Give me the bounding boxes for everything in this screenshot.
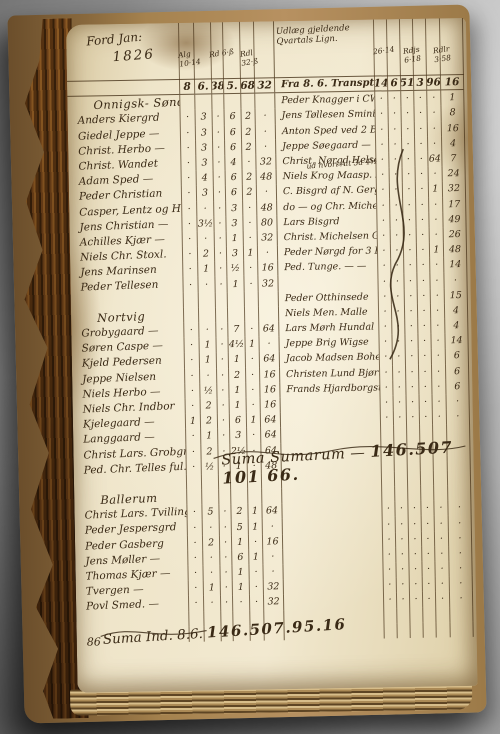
right-value-cell: · <box>434 561 448 576</box>
right-entry-cell: Peder Otthinsede <box>278 289 378 306</box>
right-value-cell: · <box>382 517 395 532</box>
right-value-cell <box>420 486 433 501</box>
right-value-cell: · <box>375 137 388 152</box>
left-value-cell: · <box>202 565 219 580</box>
left-value-cell: 1 <box>226 276 243 291</box>
right-value-cell: · <box>379 365 392 380</box>
left-value-cell: 32 <box>257 276 277 292</box>
left-value-cell: · <box>258 336 278 352</box>
left-value-cell: · <box>184 353 199 368</box>
right-value-cell: · <box>389 182 402 197</box>
right-value-cell: · <box>382 532 395 547</box>
right-entry-cell <box>280 395 380 412</box>
left-value-cell: 2 <box>200 398 217 413</box>
left-value-cell: · <box>180 125 195 140</box>
right-value-cell: · <box>433 501 447 516</box>
right-value-cell: 16 <box>440 74 464 90</box>
left-value-cell: 16 <box>262 534 282 550</box>
left-value-cell: · <box>202 520 219 535</box>
right-value-cell: · <box>394 501 407 516</box>
left-value-cell: 32 <box>255 154 275 170</box>
right-value-cell: · <box>449 591 473 607</box>
right-value-cell <box>422 607 435 622</box>
right-value-cell: · <box>431 364 445 379</box>
right-value-cell: · <box>429 258 443 273</box>
right-value-cell: · <box>431 349 445 364</box>
left-value-cell: · <box>242 215 256 230</box>
right-entry-cell <box>280 411 380 428</box>
left-value-cell: · <box>185 429 200 444</box>
right-value-cell: · <box>448 561 472 577</box>
right-value-cell: · <box>428 212 442 227</box>
right-entry-cell <box>277 274 377 291</box>
right-value-cell <box>433 485 447 500</box>
right-value-cell <box>422 622 435 637</box>
right-value-cell: · <box>419 395 432 410</box>
left-value-cell <box>227 291 244 306</box>
left-value-cell: 48 <box>256 200 276 216</box>
left-value-cell: 1 <box>232 580 249 595</box>
left-value-cell: 5 <box>201 505 218 520</box>
left-value-cell: 68 <box>240 78 254 93</box>
right-value-cell: · <box>400 106 413 121</box>
right-value-cell: · <box>387 91 400 106</box>
right-value-cell: · <box>432 409 446 424</box>
right-value-cell: · <box>390 228 403 243</box>
right-value-cell <box>383 608 396 623</box>
left-value-cell <box>230 474 247 489</box>
right-value-cell: · <box>429 273 443 288</box>
right-value-cell: · <box>408 531 421 546</box>
right-value-cell: 64 <box>427 151 441 166</box>
right-value-cell: · <box>426 91 440 106</box>
right-entry-cell <box>281 502 381 519</box>
right-value-cell: · <box>415 197 428 212</box>
right-value-cell: · <box>448 515 472 531</box>
left-value-cell: · <box>183 338 198 353</box>
right-value-cell: · <box>416 228 429 243</box>
right-entry-cell: Niels Krog Maasp. 23 <box>276 168 376 185</box>
left-value-cell: · <box>187 566 202 581</box>
left-value-cell: 3 <box>229 428 246 443</box>
right-entry-cell <box>283 593 383 610</box>
right-value-cell: 4 <box>444 318 468 334</box>
right-value-cell: · <box>391 304 404 319</box>
left-value-cell: · <box>202 550 219 565</box>
right-value-cell <box>433 470 447 485</box>
right-value-cell: 6 <box>445 348 469 364</box>
right-entry-cell: C. Bisgrd af N. Gerg <box>276 183 376 200</box>
right-value-cell <box>409 607 422 622</box>
right-value-cell: · <box>407 501 420 516</box>
left-value-cell: · <box>214 277 226 292</box>
left-value-cell <box>258 306 278 322</box>
right-value-cell: 4 <box>441 136 465 152</box>
left-value-cell: 1 <box>200 429 217 444</box>
right-value-cell: · <box>383 593 396 608</box>
left-value-cell <box>247 489 261 504</box>
right-value-cell: · <box>392 349 405 364</box>
left-value-cell: · <box>188 596 203 611</box>
right-value-cell: · <box>388 137 401 152</box>
left-value-cell: 2 <box>230 504 247 519</box>
left-value-cell: · <box>218 459 230 474</box>
left-value-cell <box>258 291 278 307</box>
left-value-cell <box>247 473 261 488</box>
left-value-cell: · <box>180 140 195 155</box>
left-value-cell: 64 <box>260 443 280 459</box>
left-value-cell: 1 <box>231 565 248 580</box>
left-value-cell <box>250 625 264 640</box>
left-value-cell: 2 <box>241 124 255 139</box>
left-value-cell: 7 <box>227 322 244 337</box>
right-value-cell: · <box>378 304 391 319</box>
left-value-cell: 6 <box>229 413 246 428</box>
left-value-cell: · <box>213 170 225 185</box>
left-value-cell: · <box>213 185 225 200</box>
right-value-cell <box>449 622 473 638</box>
left-value-cell: · <box>216 383 228 398</box>
right-entry-cell: Peder Nørgd for 3 R. <box>277 244 377 261</box>
left-value-cell: 64 <box>260 412 280 428</box>
left-value-cell: · <box>254 109 274 125</box>
left-value-cell: · <box>257 245 277 261</box>
right-value-cell: · <box>421 531 434 546</box>
right-value-cell: · <box>401 152 414 167</box>
right-value-cell: 3 <box>413 75 426 90</box>
right-value-cell: · <box>395 516 408 531</box>
right-value-cell: · <box>393 410 406 425</box>
left-value-cell: 3 <box>195 140 212 155</box>
right-value-cell: · <box>378 319 391 334</box>
left-value-cell: · <box>219 520 231 535</box>
right-value-cell: · <box>395 547 408 562</box>
right-value-cell: · <box>418 349 431 364</box>
left-value-cell: · <box>243 276 257 291</box>
left-value-cell <box>215 292 227 307</box>
left-value-cell: · <box>255 124 275 140</box>
right-value-cell <box>447 455 471 471</box>
left-value-cell: ½ <box>201 459 218 474</box>
left-value-cell: 6 <box>224 124 241 139</box>
left-value-cell: · <box>197 231 214 246</box>
right-value-cell: · <box>396 577 409 592</box>
left-value-cell: 3 <box>226 246 243 261</box>
right-value-cell: · <box>376 183 389 198</box>
right-value-cell: · <box>382 562 395 577</box>
left-value-cell: 64 <box>259 352 279 368</box>
right-value-cell: 1 <box>429 242 443 257</box>
left-value-cell: 2 <box>241 139 255 154</box>
left-value-cell: 1 <box>198 338 215 353</box>
left-value-cell: · <box>187 535 202 550</box>
left-value-cell: 38 <box>211 78 223 93</box>
left-value-cell: · <box>244 322 258 337</box>
left-value-cell: 6. <box>194 78 211 93</box>
right-value-cell: · <box>379 350 392 365</box>
right-entry-cell <box>280 441 380 458</box>
right-value-cell: · <box>376 198 389 213</box>
left-value-cell: · <box>180 110 195 125</box>
left-value-cell <box>183 307 198 322</box>
left-value-cell <box>179 95 194 110</box>
left-value-cell: 6 <box>224 140 241 155</box>
right-value-cell: · <box>449 576 473 592</box>
right-value-cell: · <box>434 546 448 561</box>
left-value-cell: 1 <box>244 337 258 352</box>
left-value-cell: · <box>215 322 227 337</box>
right-value-cell <box>393 425 406 440</box>
left-value-cell: 1 <box>230 459 247 474</box>
left-value-cell: · <box>180 156 195 171</box>
right-value-cell: · <box>414 121 427 136</box>
right-entry-cell: Christ. Nørgd Helse <box>275 152 375 169</box>
left-value-cell <box>189 626 204 641</box>
right-value-cell: · <box>380 395 393 410</box>
left-value-cell: · <box>182 262 197 277</box>
right-value-cell: · <box>406 395 419 410</box>
right-entry-cell: Ped. Tunge. — — <box>277 259 377 276</box>
left-value-cell: · <box>245 352 259 367</box>
right-value-cell: · <box>405 349 418 364</box>
left-value-cell: 32 <box>254 77 274 93</box>
left-value-cell: · <box>185 399 200 414</box>
ledger-page: Ford Jan: 1826 Udlæg gjeldende Qvartals … <box>66 18 478 693</box>
left-value-cell: 3 <box>196 186 213 201</box>
left-value-cell: 1 <box>229 398 246 413</box>
right-value-cell: · <box>376 167 389 182</box>
left-value-cell: · <box>183 323 198 338</box>
right-value-cell <box>381 456 394 471</box>
right-entry-cell: do — og Chr. Michelsen <box>276 198 376 215</box>
right-value-cell: 49 <box>442 212 466 228</box>
left-value-cell <box>198 307 215 322</box>
left-value-cell <box>244 291 258 306</box>
left-value-cell: · <box>181 201 196 216</box>
right-value-cell: · <box>431 379 445 394</box>
left-value-cell: 16 <box>260 397 280 413</box>
left-value-cell <box>254 93 274 109</box>
left-value-cell: 2 <box>200 444 217 459</box>
right-value-cell: · <box>374 92 387 107</box>
right-value-cell: · <box>422 592 435 607</box>
left-value-cell: 2 <box>202 535 219 550</box>
left-value-cell: · <box>262 564 282 580</box>
left-value-cell: · <box>256 185 276 201</box>
left-value-cell: · <box>217 413 229 428</box>
right-value-cell: · <box>391 319 404 334</box>
right-value-cell: · <box>416 243 429 258</box>
left-value-cell: · <box>203 596 220 611</box>
left-value-cell: 1 <box>243 246 257 261</box>
right-value-cell: 14 <box>444 333 468 349</box>
right-entry-cell <box>284 623 384 640</box>
right-entry-cell <box>282 547 382 564</box>
left-value-cell: · <box>215 337 227 352</box>
right-value-cell: · <box>446 409 470 425</box>
right-value-cell: · <box>426 106 440 121</box>
right-entry-cell <box>283 578 383 595</box>
right-value-cell: · <box>421 546 434 561</box>
left-value-cell: · <box>212 125 224 140</box>
left-value-cell: 8 <box>179 79 194 94</box>
right-value-cell: · <box>415 167 428 182</box>
left-value-cell: 2 <box>197 246 214 261</box>
left-value-cell <box>227 307 244 322</box>
left-value-cell <box>211 94 223 109</box>
left-value-cell: 1 <box>228 352 245 367</box>
left-value-cell <box>264 625 284 641</box>
right-entry-cell: Lars Bisgrd <box>276 213 376 230</box>
right-value-cell: · <box>390 243 403 258</box>
right-value-cell <box>447 485 471 501</box>
right-value-cell <box>419 440 432 455</box>
left-value-cell: 1 <box>226 231 243 246</box>
left-value-cell: · <box>242 200 256 215</box>
right-value-cell: 6 <box>445 379 469 395</box>
right-value-cell: · <box>413 106 426 121</box>
ledger-book: Ford Jan: 1826 Udlæg gjeldende Qvartals … <box>7 4 486 723</box>
right-value-cell: 16 <box>441 121 465 137</box>
left-value-cell: 32 <box>263 579 283 595</box>
right-value-cell: · <box>422 577 435 592</box>
left-value-cell: 3 <box>195 125 212 140</box>
left-value-cell: · <box>186 459 201 474</box>
right-value-cell: · <box>383 577 396 592</box>
left-value-cell <box>183 292 198 307</box>
left-value-cell: 32 <box>257 230 277 246</box>
left-value-cell: · <box>214 246 226 261</box>
left-value-cell: · <box>184 368 199 383</box>
left-value-cell: · <box>219 550 231 565</box>
left-value-cell: · <box>220 580 232 595</box>
photo-background: Ford Jan: 1826 Udlæg gjeldende Qvartals … <box>0 0 500 734</box>
left-value-cell: 1 <box>203 581 220 596</box>
right-value-cell <box>394 456 407 471</box>
right-value-cell <box>433 455 447 470</box>
left-value-cell: 48 <box>261 458 281 474</box>
left-value-cell: · <box>181 216 196 231</box>
right-value-cell: · <box>400 91 413 106</box>
right-value-cell: · <box>428 167 442 182</box>
left-name-cell <box>76 625 189 644</box>
left-value-cell: · <box>217 428 229 443</box>
left-value-cell: 1 <box>197 262 214 277</box>
left-value-cell <box>198 292 215 307</box>
right-value-cell: · <box>430 303 444 318</box>
right-value-cell: · <box>434 516 448 531</box>
right-value-cell: · <box>448 531 472 547</box>
right-value-cell: 7 <box>441 151 465 167</box>
left-value-cell: · <box>182 247 197 262</box>
right-value-cell: · <box>401 137 414 152</box>
right-value-cell: · <box>421 562 434 577</box>
right-value-cell: · <box>375 152 388 167</box>
left-value-cell: 48 <box>256 169 276 185</box>
left-value-cell <box>201 489 218 504</box>
right-entry-cell <box>282 562 382 579</box>
left-value-cell: · <box>248 565 262 580</box>
left-value-cell <box>232 610 249 625</box>
right-value-cell: · <box>430 318 444 333</box>
right-value-cell <box>381 471 394 486</box>
left-value-cell <box>218 489 230 504</box>
right-value-cell: · <box>375 122 388 137</box>
right-value-cell: · <box>443 272 467 288</box>
left-value-cell: 1 <box>247 504 261 519</box>
right-value-cell <box>420 455 433 470</box>
right-value-cell: · <box>427 136 441 151</box>
right-value-cell: · <box>389 213 402 228</box>
left-value-cell: ½ <box>226 261 243 276</box>
right-value-cell: 6 <box>387 75 400 90</box>
right-value-cell: 1 <box>428 182 442 197</box>
right-value-cell <box>381 486 394 501</box>
right-entry-cell <box>281 456 381 473</box>
right-value-cell: · <box>406 410 419 425</box>
right-value-cell: · <box>405 380 418 395</box>
left-value-cell: · <box>188 581 203 596</box>
left-value-cell <box>194 95 211 110</box>
right-entry-cell <box>283 608 383 625</box>
right-value-cell: · <box>390 274 403 289</box>
right-value-cell: · <box>402 167 415 182</box>
right-value-cell: · <box>390 258 403 273</box>
ledger-rows: 8 6. 38 5. 68 32 Fra 8. 6. Transpt 14 6 … <box>67 74 474 644</box>
right-value-cell <box>419 425 432 440</box>
right-value-cell <box>446 424 470 440</box>
right-value-cell: · <box>429 227 443 242</box>
right-entry-cell: Niels Men. Malle <box>278 304 378 321</box>
right-value-cell: · <box>377 274 390 289</box>
right-value-cell: · <box>417 303 430 318</box>
right-value-cell: · <box>377 228 390 243</box>
left-value-cell: · <box>187 520 202 535</box>
right-value-cell: · <box>408 562 421 577</box>
right-value-cell: · <box>389 198 402 213</box>
left-value-cell: 2 <box>242 170 256 185</box>
right-entry-cell: Jacob Madsen Bohe <box>279 350 379 367</box>
right-value-cell: · <box>413 91 426 106</box>
left-value-cell: · <box>197 277 214 292</box>
right-value-cell <box>383 623 396 638</box>
left-value-cell <box>261 473 281 489</box>
right-value-cell <box>420 470 433 485</box>
right-value-cell <box>406 425 419 440</box>
right-value-cell: · <box>395 532 408 547</box>
right-value-cell: 96 <box>426 74 440 89</box>
left-value-cell: · <box>212 110 224 125</box>
left-value-cell <box>186 490 201 505</box>
left-value-cell: 32 <box>263 595 283 611</box>
right-value-cell: · <box>402 182 415 197</box>
right-entry-cell: Peder Knagger i CW. <box>274 92 374 109</box>
right-value-cell <box>435 607 449 622</box>
right-entry-cell <box>281 471 381 488</box>
right-value-cell: 32 <box>442 181 466 197</box>
right-value-cell: · <box>435 577 449 592</box>
left-value-cell: 6 <box>223 109 240 124</box>
left-value-cell: 1 <box>185 414 200 429</box>
left-value-cell: 3½ <box>196 216 213 231</box>
left-value-cell: 2 <box>240 109 254 124</box>
left-value-cell: · <box>212 140 224 155</box>
right-value-cell: · <box>405 364 418 379</box>
right-value-cell: · <box>446 394 470 410</box>
left-value-cell: · <box>214 261 226 276</box>
left-value-cell: 6 <box>231 550 248 565</box>
left-value-cell: 64 <box>261 503 281 519</box>
